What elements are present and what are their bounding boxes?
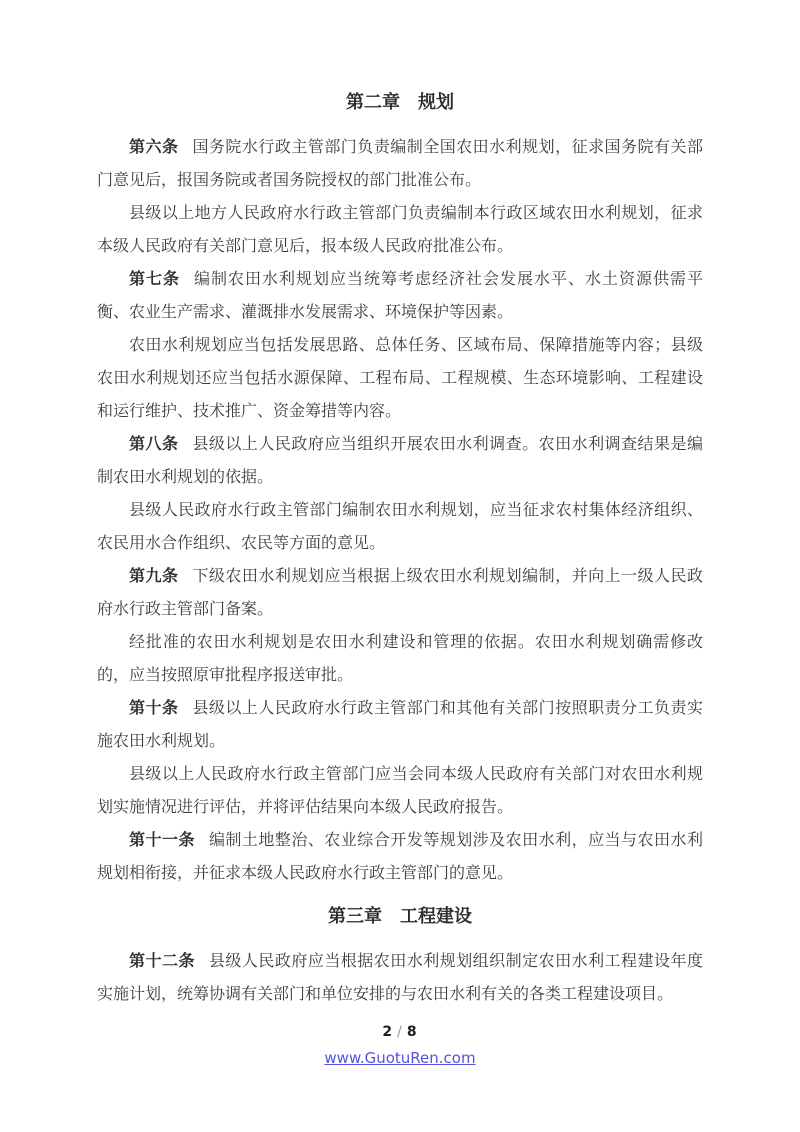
paragraph: 经批准的农田水利规划是农田水利建设和管理的依据。农田水利规划确需修改的，应当按照… (97, 626, 703, 692)
article-paragraph: 第七条编制农田水利规划应当统筹考虑经济社会发展水平、水土资源供需平衡、农业生产需… (97, 263, 703, 329)
article-paragraph: 第十一条编制土地整治、农业综合开发等规划涉及农田水利，应当与农田水利规划相衔接，… (97, 824, 703, 890)
article-number-label: 第十一条 (129, 832, 195, 849)
paragraph: 县级以上地方人民政府水行政主管部门负责编制本行政区域农田水利规划，征求本级人民政… (97, 197, 703, 263)
page-indicator: 2/8 (97, 1022, 703, 1042)
paragraph-text: 下级农田水利规划应当根据上级农田水利规划编制，并向上一级人民政府水行政主管部门备… (97, 568, 703, 618)
paragraph-text: 县级以上地方人民政府水行政主管部门负责编制本行政区域农田水利规划，征求本级人民政… (97, 205, 703, 255)
chapter-heading: 第三章 工程建设 (97, 900, 703, 933)
page-footer: 2/8 www.GuotuRen.com (97, 1022, 703, 1132)
paragraph-text: 县级以上人民政府水行政主管部门应当会同本级人民政府有关部门对农田水利规划实施情况… (97, 766, 703, 816)
article-number-label: 第十条 (129, 700, 178, 717)
article-number-label: 第十二条 (129, 953, 195, 970)
article-paragraph: 第九条下级农田水利规划应当根据上级农田水利规划编制，并向上一级人民政府水行政主管… (97, 560, 703, 626)
footer-link[interactable]: www.GuotuRen.com (324, 1049, 475, 1067)
article-number-label: 第九条 (129, 568, 178, 585)
paragraph-text: 国务院水行政主管部门负责编制全国农田水利规划，征求国务院有关部门意见后，报国务院… (97, 139, 703, 189)
page-number-separator: / (393, 1024, 407, 1040)
paragraph: 农田水利规划应当包括发展思路、总体任务、区域布局、保障措施等内容；县级农田水利规… (97, 329, 703, 428)
article-paragraph: 第十二条县级人民政府应当根据农田水利规划组织制定农田水利工程建设年度实施计划，统… (97, 945, 703, 1011)
article-paragraph: 第六条国务院水行政主管部门负责编制全国农田水利规划，征求国务院有关部门意见后，报… (97, 131, 703, 197)
article-number-label: 第六条 (129, 139, 178, 156)
article-number-label: 第八条 (129, 436, 178, 453)
article-number-label: 第七条 (129, 271, 180, 288)
paragraph-text: 县级人民政府水行政主管部门编制农田水利规划，应当征求农村集体经济组织、农民用水合… (97, 502, 703, 552)
paragraph: 县级人民政府水行政主管部门编制农田水利规划，应当征求农村集体经济组织、农民用水合… (97, 494, 703, 560)
document-body: 第二章 规划第六条国务院水行政主管部门负责编制全国农田水利规划，征求国务院有关部… (97, 86, 703, 1011)
article-paragraph: 第十条县级以上人民政府水行政主管部门和其他有关部门按照职责分工负责实施农田水利规… (97, 692, 703, 758)
document-page: 第二章 规划第六条国务院水行政主管部门负责编制全国农田水利规划，征求国务院有关部… (0, 0, 800, 1132)
paragraph-text: 经批准的农田水利规划是农田水利建设和管理的依据。农田水利规划确需修改的，应当按照… (97, 634, 703, 684)
page-number-total: 8 (407, 1024, 418, 1040)
article-paragraph: 第八条县级以上人民政府应当组织开展农田水利调查。农田水利调查结果是编制农田水利规… (97, 428, 703, 494)
paragraph-text: 编制农田水利规划应当统筹考虑经济社会发展水平、水土资源供需平衡、农业生产需求、灌… (97, 271, 703, 321)
page-number-current: 2 (382, 1024, 393, 1040)
paragraph-text: 农田水利规划应当包括发展思路、总体任务、区域布局、保障措施等内容；县级农田水利规… (97, 337, 703, 420)
paragraph: 县级以上人民政府水行政主管部门应当会同本级人民政府有关部门对农田水利规划实施情况… (97, 758, 703, 824)
paragraph-text: 县级以上人民政府应当组织开展农田水利调查。农田水利调查结果是编制农田水利规划的依… (97, 436, 703, 486)
paragraph-text: 县级以上人民政府水行政主管部门和其他有关部门按照职责分工负责实施农田水利规划。 (97, 700, 703, 750)
chapter-heading: 第二章 规划 (97, 86, 703, 119)
